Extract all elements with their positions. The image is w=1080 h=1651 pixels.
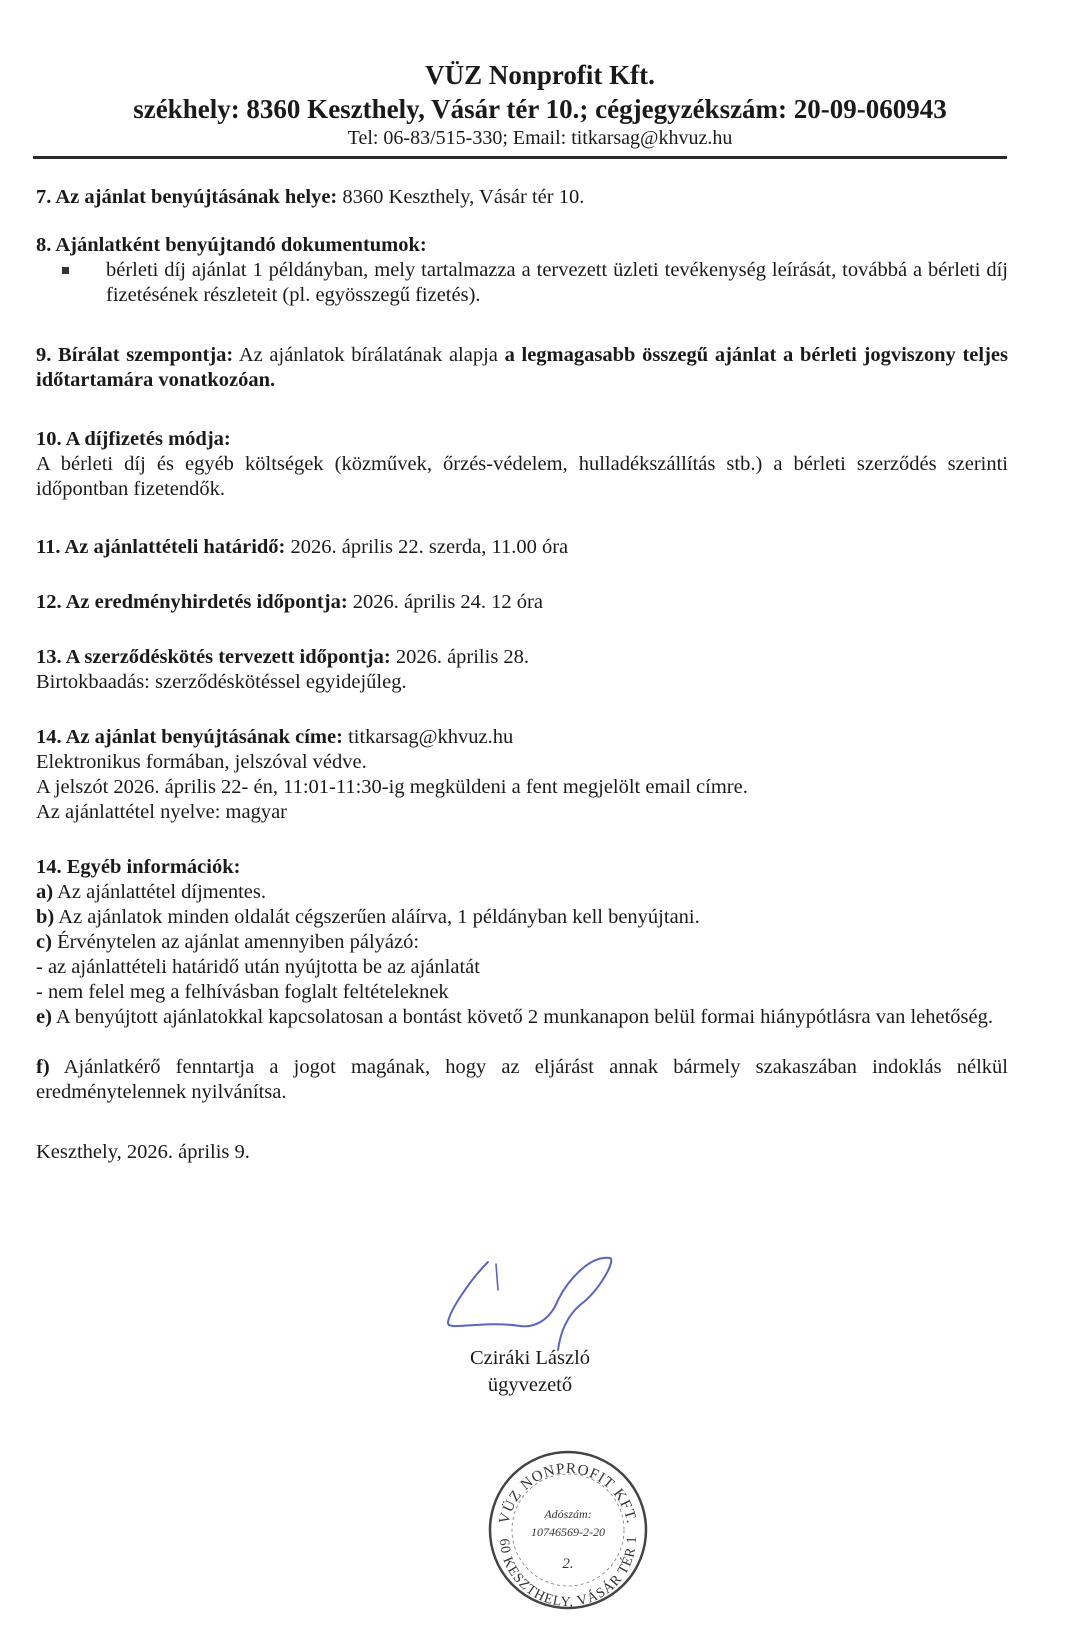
company-contact: Tel: 06-83/515-330; Email: titkarsag@khv…: [0, 126, 1080, 150]
item-text: Ajánlatkérő fenntartja a jogot magának, …: [36, 1056, 1008, 1103]
item-text: Érvénytelen az ajánlat amennyiben pályáz…: [52, 931, 419, 953]
letterhead: VÜZ Nonprofit Kft. székhely: 8360 Keszth…: [0, 58, 1080, 150]
item-text: Az ajánlatok minden oldalát cégszerűen a…: [54, 906, 700, 928]
company-name: VÜZ Nonprofit Kft.: [0, 58, 1080, 92]
other-info-dash-1: - az ajánlattételi határidő után nyújtot…: [36, 955, 1008, 980]
place-and-date: Keszthely, 2026. április 9.: [36, 1140, 1008, 1165]
signatory-name: Cziráki László: [420, 1345, 640, 1372]
other-info-item-e: e) A benyújtott ajánlatokkal kapcsolatos…: [36, 1005, 1008, 1030]
section-10-text: A bérleti díj és egyéb költségek (közműv…: [36, 452, 1008, 502]
item-text: Az ajánlattétel díjmentes.: [53, 881, 266, 903]
section-13-handover: Birtokbaadás: szerződéskötéssel egyidejű…: [36, 670, 1008, 695]
section-14-email: titkarsag@khvuz.hu: [343, 726, 513, 748]
section-7-label: 7. Az ajánlat benyújtásának helye:: [36, 186, 337, 208]
section-8-bullet-text: bérleti díj ajánlat 1 példányban, mely t…: [106, 258, 1008, 308]
other-info-dash-2: - nem felel meg a felhívásban foglalt fe…: [36, 980, 1008, 1005]
section-7: 7. Az ajánlat benyújtásának helye: 8360 …: [36, 185, 1008, 210]
section-14-label: 14. Az ajánlat benyújtásának címe:: [36, 726, 343, 748]
stamp-label: Adószám:: [543, 1507, 591, 1521]
section-12: 12. Az eredményhirdetés időpontja: 2026.…: [36, 590, 1008, 615]
other-info-label: 14. Egyéb információk:: [36, 856, 240, 878]
section-8-label: 8. Ajánlatként benyújtandó dokumentumok:: [36, 234, 427, 256]
item-marker: a): [36, 881, 53, 903]
item-text: A benyújtott ajánlatokkal kapcsolatosan …: [52, 1006, 993, 1028]
other-info-item-a: a) Az ajánlattétel díjmentes.: [36, 880, 1008, 905]
other-info-item-f: f) Ajánlatkérő fenntartja a jogot magána…: [36, 1055, 1008, 1105]
other-info-item-b: b) Az ajánlatok minden oldalát cégszerűe…: [36, 905, 1008, 930]
signature: [440, 1250, 620, 1360]
section-11-text: 2026. április 22. szerda, 11.00 óra: [285, 536, 568, 558]
item-marker: e): [36, 1006, 52, 1028]
section-9-label: 9. Bírálat szempontja:: [36, 344, 233, 366]
section-14-line-1: Elektronikus formában, jelszóval védve.: [36, 750, 1008, 775]
section-12-label: 12. Az eredményhirdetés időpontja:: [36, 591, 348, 613]
section-13-label: 13. A szerződéskötés tervezett időpontja…: [36, 646, 391, 668]
company-stamp: VÜZ NONPROFIT KFT. 8360 KESZTHELY, VÁSÁR…: [478, 1438, 658, 1618]
section-14-line-2: A jelszót 2026. április 22- én, 11:01-11…: [36, 775, 1008, 800]
section-14-line-3: Az ajánlattétel nyelve: magyar: [36, 800, 1008, 825]
section-8: 8. Ajánlatként benyújtandó dokumentumok:: [36, 233, 1008, 258]
other-info-item-c: c) Érvénytelen az ajánlat amennyiben pál…: [36, 930, 1008, 955]
item-marker: c): [36, 931, 52, 953]
company-seat: székhely: 8360 Keszthely, Vásár tér 10.;…: [0, 92, 1080, 126]
section-12-text: 2026. április 24. 12 óra: [348, 591, 543, 613]
square-bullet-icon: [62, 267, 69, 274]
section-10: 10. A díjfizetés módja:: [36, 427, 1008, 452]
section-13-text: 2026. április 28.: [391, 646, 529, 668]
section-other-info: 14. Egyéb információk:: [36, 855, 1008, 880]
stamp-number: 2.: [562, 1556, 573, 1572]
section-10-label: 10. A díjfizetés módja:: [36, 428, 231, 450]
item-marker: f): [36, 1056, 50, 1078]
section-14: 14. Az ajánlat benyújtásának címe: titka…: [36, 725, 1008, 750]
section-11: 11. Az ajánlattételi határidő: 2026. ápr…: [36, 535, 1008, 560]
section-11-label: 11. Az ajánlattételi határidő:: [36, 536, 285, 558]
section-9: 9. Bírálat szempontja: Az ajánlatok bírá…: [36, 343, 1008, 393]
section-9-text: Az ajánlatok bírálatának alapja: [233, 344, 504, 366]
signatory-title: ügyvezető: [420, 1372, 640, 1399]
item-marker: b): [36, 906, 54, 928]
header-divider: [33, 156, 1007, 159]
stamp-tax-number: 10746569-2-20: [531, 1525, 605, 1539]
section-7-text: 8360 Keszthely, Vásár tér 10.: [337, 186, 584, 208]
signatory-block: Cziráki László ügyvezető: [420, 1345, 640, 1399]
section-13: 13. A szerződéskötés tervezett időpontja…: [36, 645, 1008, 670]
